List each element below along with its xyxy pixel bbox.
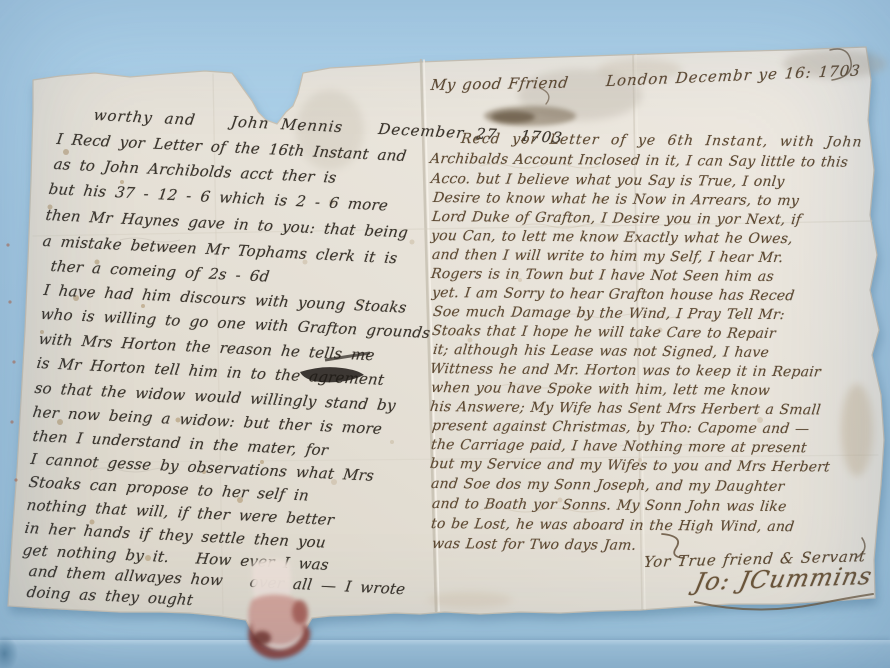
ink-blot-scribble [300,353,370,382]
ink-flourishes [540,49,873,610]
wax-seal [248,559,310,659]
overlay-details [0,0,890,668]
photo-scene: worthy and John Mennis December 27 1703 … [0,0,890,668]
